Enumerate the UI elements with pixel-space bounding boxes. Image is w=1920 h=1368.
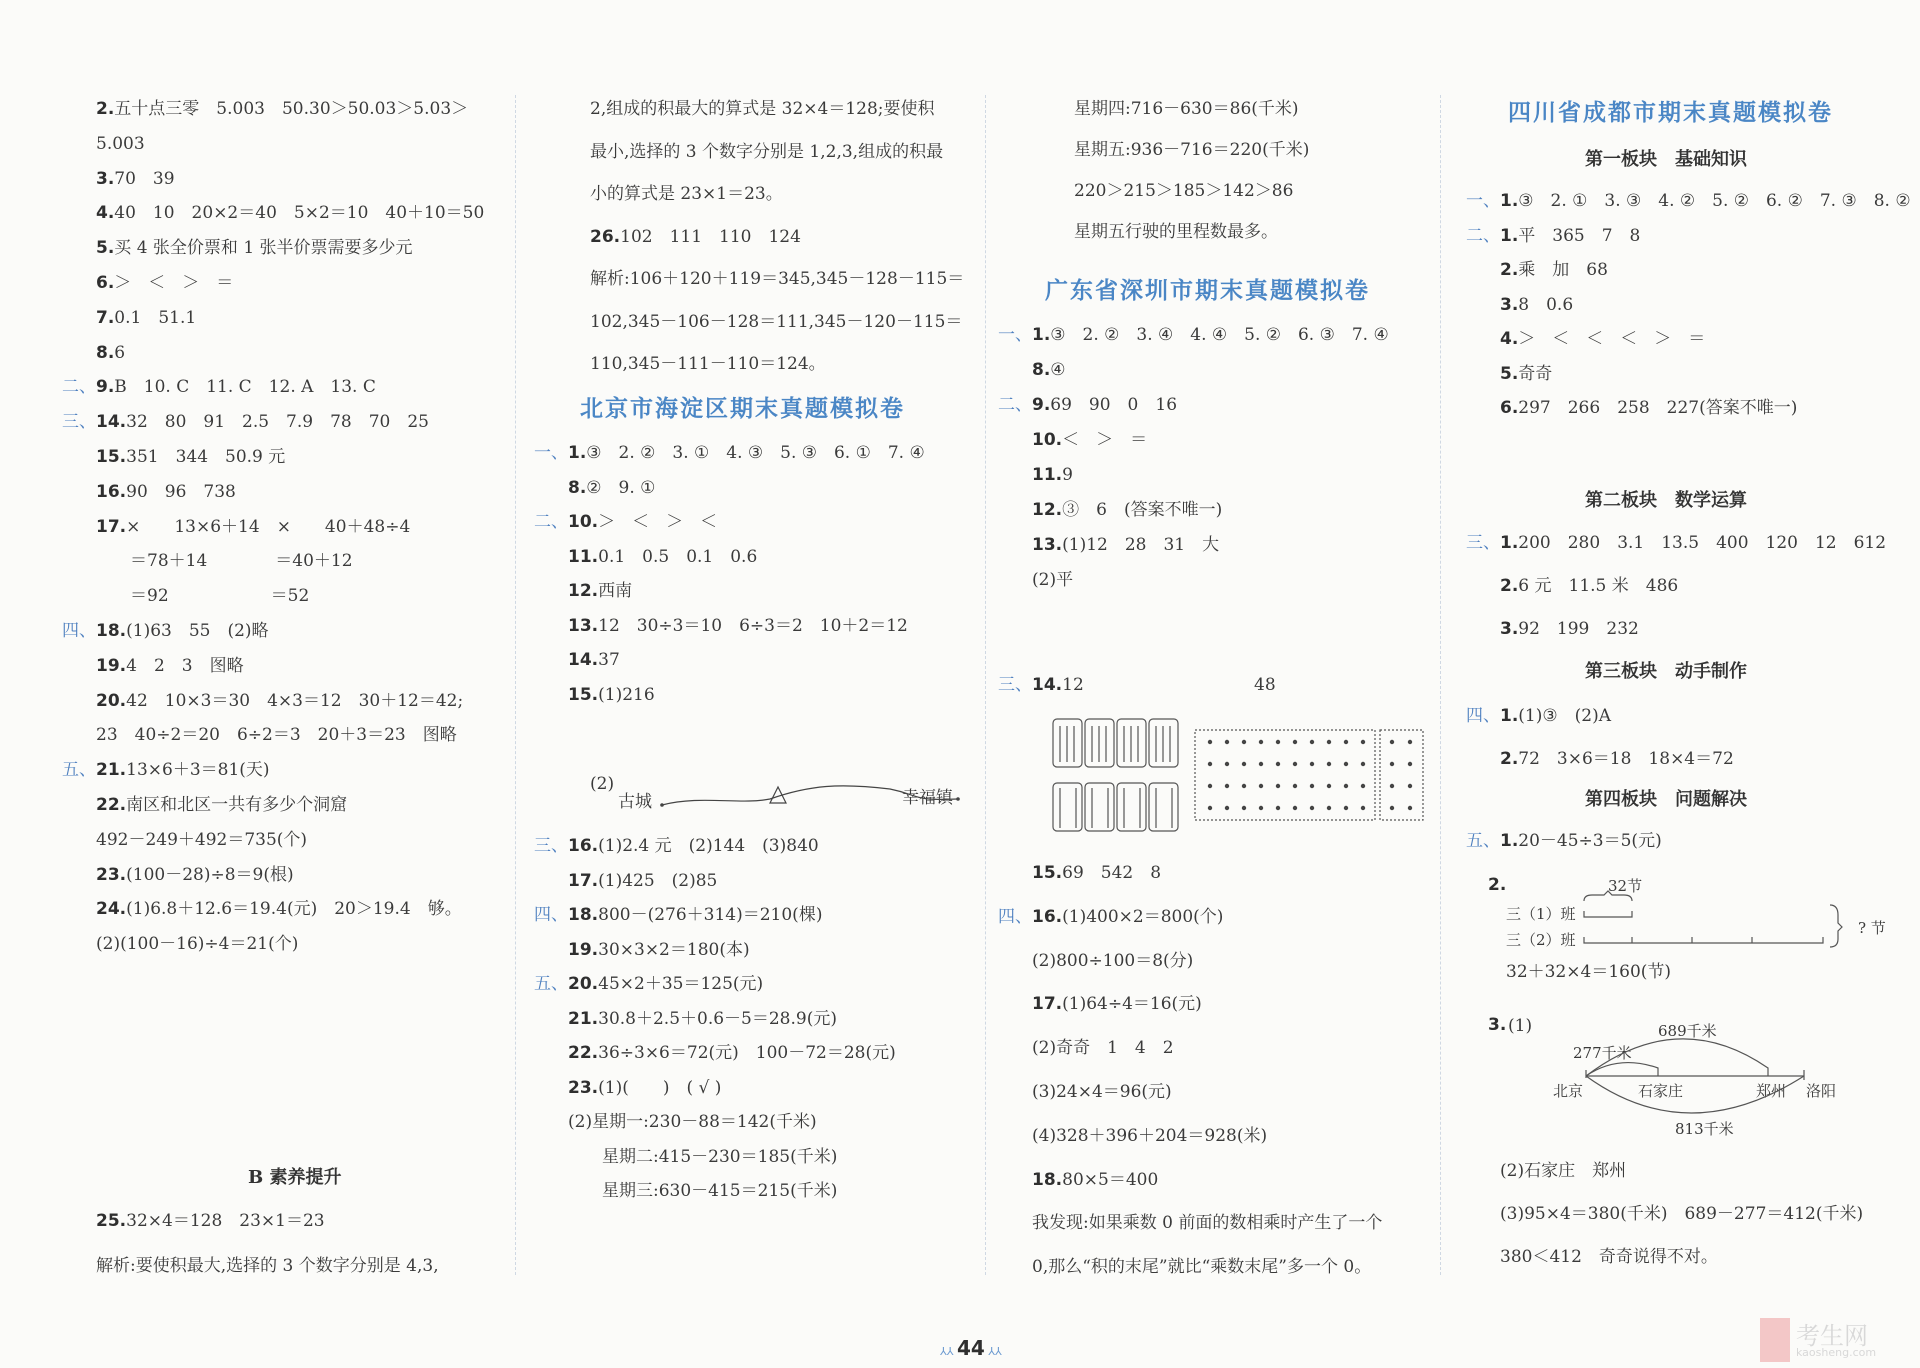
watermark-logo: 考生网 kaosheng.com xyxy=(1760,1316,1910,1364)
answer-text: ＞ ＜ ＞ ＜ xyxy=(598,512,717,532)
answer-line: 11.0.1 0.5 0.1 0.6 xyxy=(568,546,757,568)
answer-line: 8.④ xyxy=(1032,359,1066,381)
answer-text: (1)63 55 (2)略 xyxy=(126,621,268,641)
answer-text: 72 3×6＝18 18×4＝72 xyxy=(1518,749,1733,769)
answer-text: 297 266 258 227(答案不唯一) xyxy=(1518,398,1797,418)
answer-line: 三、14.32 80 91 2.5 7.9 78 70 25 xyxy=(96,411,429,433)
question-number: 10. xyxy=(1032,430,1062,450)
answer-text: (1)425 (2)85 xyxy=(598,871,717,891)
answer-line: 10.＜ ＞ ＝ xyxy=(1032,429,1147,451)
question-number: 1. xyxy=(568,443,586,463)
answer-text: 380＜412 奇奇说得不对。 xyxy=(1500,1247,1718,1267)
question-number: 3. xyxy=(1500,619,1518,639)
question-number: 4. xyxy=(1500,329,1518,349)
answer-line: 492－249＋492＝735(个) xyxy=(96,829,307,851)
answer-text: (2)800÷100＝8(分) xyxy=(1032,951,1193,971)
answer-line: 102,345－106－128＝111,345－120－115＝ xyxy=(590,311,962,333)
answer-text: 32×4＝128 23×1＝23 xyxy=(126,1211,324,1231)
answer-text: (1)400×2＝800(个) xyxy=(1062,907,1223,927)
answer-line: 22.36÷3×6＝72(元) 100－72＝28(元) xyxy=(568,1042,896,1064)
question-number: 8. xyxy=(568,478,586,498)
answer-line: 21.30.8＋2.5＋0.6－5＝28.9(元) xyxy=(568,1008,837,1030)
answer-line: 24.(1)6.8＋12.6＝19.4(元) 20＞19.4 够。 xyxy=(96,898,462,920)
question-number: 15. xyxy=(568,685,598,705)
question-number: 21. xyxy=(568,1009,598,1029)
question-number: 20. xyxy=(568,974,598,994)
section-marker: 三、 xyxy=(998,674,1032,696)
answer-text: (1)( ) ( √ ) xyxy=(598,1078,721,1098)
answer-line: (2)(100－16)÷4＝21(个) xyxy=(96,933,298,955)
question-number: 16. xyxy=(1032,907,1062,927)
section-title-beijing: 北京市海淀区期末真题模拟卷 xyxy=(580,390,905,423)
question-number: 23. xyxy=(568,1078,598,1098)
answer-line: 6.＞ ＜ ＞ ＝ xyxy=(96,272,233,294)
block-heading-2: 第二板块 数学运算 xyxy=(1585,486,1747,512)
answer-text: 解析:要使积最大,选择的 3 个数字分别是 4,3, xyxy=(96,1256,439,1276)
page-number: ⅄⅄ 44 ⅄⅄ xyxy=(940,1336,1002,1360)
answer-text: ③ 2. ② 3. ① 4. ③ 5. ③ 6. ① 7. ④ xyxy=(586,443,924,463)
answer-line: 17.(1)64÷4＝16(元) xyxy=(1032,993,1202,1015)
question-number: 19. xyxy=(568,940,598,960)
section-marker: 一、 xyxy=(998,324,1032,346)
section-marker: 四、 xyxy=(62,620,96,642)
question-number: 21. xyxy=(96,760,126,780)
question-number: 8. xyxy=(96,343,114,363)
answer-text: ② 9. ① xyxy=(586,478,655,498)
question-number: 1. xyxy=(1500,706,1518,726)
answer-line: 14.37 xyxy=(568,649,620,671)
answer-line: 3.70 39 xyxy=(96,168,175,190)
answer-text: 2,组成的积最大的算式是 32×4＝128;要使积 xyxy=(590,99,935,119)
answer-line: 一、1.③ 2. ② 3. ④ 4. ④ 5. ② 6. ③ 7. ④ xyxy=(1032,324,1389,346)
answer-line: 三、16.(1)2.4 元 (2)144 (3)840 xyxy=(568,835,819,857)
answer-line: 3.8 0.6 xyxy=(1500,294,1573,316)
section-marker: 二、 xyxy=(998,394,1032,416)
answer-line: 26.102 111 110 124 xyxy=(590,226,801,248)
answer-text: 102 111 110 124 xyxy=(620,227,801,247)
answer-text: (2)平 xyxy=(1032,570,1073,590)
block-heading-4: 第四板块 问题解决 xyxy=(1585,785,1747,811)
q2-answer: 32＋32×4＝160(节) xyxy=(1506,961,1671,983)
answer-line: 19.4 2 3 图略 xyxy=(96,655,244,677)
answer-text: 90 96 738 xyxy=(126,482,236,502)
answer-text: B 10. C 11. C 12. A 13. C xyxy=(114,377,376,397)
answer-line: 二、9.69 90 0 16 xyxy=(1032,394,1177,416)
question-number: 11. xyxy=(1032,465,1062,485)
answer-text: 351 344 50.9 元 xyxy=(126,447,285,467)
answer-text: 最小,选择的 3 个数字分别是 1,2,3,组成的积最 xyxy=(590,142,943,162)
answer-line: 220＞215＞185＞142＞86 xyxy=(1040,180,1293,202)
answer-text: (3)95×4＝380(千米) 689－277＝412(千米) xyxy=(1500,1204,1863,1224)
section-marker: 三、 xyxy=(1466,532,1500,554)
answer-line: 12.③ 6 (答案不唯一) xyxy=(1032,499,1222,521)
answer-text: ③ 2. ② 3. ④ 4. ④ 5. ② 6. ③ 7. ④ xyxy=(1050,325,1388,345)
section-marker: 四、 xyxy=(534,904,568,926)
question-number: 6. xyxy=(1500,398,1518,418)
answer-text: 37 xyxy=(598,650,620,670)
answer-line: 我发现:如果乘数 0 前面的数相乘时产生了一个 xyxy=(1032,1212,1382,1234)
bar-diagram: 2. 32节 三（1）班 三（2）班 ? 节 32＋32×4＝160(节) xyxy=(1488,875,1908,965)
answer-line: 18.80×5＝400 xyxy=(1032,1169,1158,1191)
answer-text: 0.1 51.1 xyxy=(114,308,196,328)
answer-text: 40 10 20×2＝40 5×2＝10 40＋10＝50 xyxy=(114,203,484,223)
answer-text: 492－249＋492＝735(个) xyxy=(96,830,307,850)
answer-text: 星期五行驶的里程数最多。 xyxy=(1040,222,1278,242)
question-number: 6. xyxy=(96,273,114,293)
answer-line: 15.69 542 8 xyxy=(1032,862,1161,884)
answer-line: 16.90 96 738 xyxy=(96,481,236,503)
answer-line: 23.(100－28)÷8＝9(根) xyxy=(96,864,294,886)
answer-text: (1)③ (2)A xyxy=(1518,706,1611,726)
block-heading-1: 第一板块 基础知识 xyxy=(1585,145,1747,171)
question-number: 14. xyxy=(568,650,598,670)
answer-text: ＜ ＞ ＝ xyxy=(1062,430,1147,450)
answer-line: (4)328＋396＋204＝928(米) xyxy=(1032,1125,1267,1147)
answer-text: 星期四:716－630＝86(千米) xyxy=(1040,99,1299,119)
answer-text: 星期五:936－716＝220(千米) xyxy=(1040,140,1309,160)
answer-text: 70 39 xyxy=(114,169,174,189)
answer-line: (2)星期一:230－88＝142(千米) xyxy=(568,1111,817,1133)
question-number: 1. xyxy=(1032,325,1050,345)
answer-text: 45×2＋35＝125(元) xyxy=(598,974,763,994)
answer-line: 5.买 4 张全价票和 1 张半价票需要多少元 xyxy=(96,237,413,259)
answer-line: 2.6 元 11.5 米 486 xyxy=(1500,575,1678,597)
answer-text: 我发现:如果乘数 0 前面的数相乘时产生了一个 xyxy=(1032,1213,1382,1233)
answer-text: ④ xyxy=(1050,360,1065,380)
section-marker: 五、 xyxy=(1466,830,1500,852)
answer-line: 二、10.＞ ＜ ＞ ＜ xyxy=(568,511,717,533)
section-marker: 五、 xyxy=(534,973,568,995)
answer-line: 12.西南 xyxy=(568,580,632,602)
answer-line: 小的算式是 23×1＝23。 xyxy=(590,183,783,205)
ornament-icon: ⅄⅄ xyxy=(940,1345,957,1358)
answer-line: 15.(1)216 xyxy=(568,684,655,706)
question-number: 18. xyxy=(568,905,598,925)
question-number: 2. xyxy=(1500,260,1518,280)
answer-text: ＞ ＜ ＞ ＝ xyxy=(114,273,233,293)
answer-text: ＝92 ＝52 xyxy=(96,586,309,606)
question-number: 7. xyxy=(96,308,114,328)
answer-text: ＝78＋14 ＝40＋12 xyxy=(96,551,353,571)
answer-line: 星期五:936－716＝220(千米) xyxy=(1040,139,1309,161)
section-marker: 五、 xyxy=(62,759,96,781)
question-number: 3. xyxy=(96,169,114,189)
answer-line: 3.92 199 232 xyxy=(1500,618,1639,640)
question-number: 25. xyxy=(96,1211,126,1231)
answer-line: 一、1.③ 2. ① 3. ③ 4. ② 5. ② 6. ② 7. ③ 8. ② xyxy=(1500,190,1911,212)
question-number: 11. xyxy=(568,547,598,567)
answer-line: 五、20.45×2＋35＝125(元) xyxy=(568,973,763,995)
question-number: 15. xyxy=(96,447,126,467)
question-number: 2. xyxy=(1500,576,1518,596)
question-number: 19. xyxy=(96,656,126,676)
answer-line: 0,那么“积的末尾”就比“乘数末尾”多一个 0。 xyxy=(1032,1256,1371,1278)
answer-text: (100－28)÷8＝9(根) xyxy=(126,865,294,885)
question-number: 4. xyxy=(96,203,114,223)
question-number: 9. xyxy=(1032,395,1050,415)
answer-text: 36÷3×6＝72(元) 100－72＝28(元) xyxy=(598,1043,896,1063)
answer-line: 星期四:716－630＝86(千米) xyxy=(1040,98,1299,120)
answer-line: 19.30×3×2＝180(本) xyxy=(568,939,750,961)
answer-line: 4.40 10 20×2＝40 5×2＝10 40＋10＝50 xyxy=(96,202,484,224)
question-number: 24. xyxy=(96,899,126,919)
question-number: 15. xyxy=(1032,863,1062,883)
section-title-shenzhen: 广东省深圳市期末真题模拟卷 xyxy=(1045,272,1370,305)
answer-text: 80×5＝400 xyxy=(1062,1170,1158,1190)
answer-line: 二、1.平 365 7 8 xyxy=(1500,225,1640,247)
answer-text: × 13×6＋14 × 40＋48÷4 xyxy=(126,517,410,537)
answer-line: 8.② 9. ① xyxy=(568,477,655,499)
question-number: 17. xyxy=(96,517,126,537)
answer-text-right: 48 xyxy=(1254,674,1276,696)
question-number: 10. xyxy=(568,512,598,532)
question-number: 16. xyxy=(96,482,126,502)
question-number: 13. xyxy=(568,616,598,636)
question-number: 26. xyxy=(590,227,620,247)
answer-line: 2,组成的积最大的算式是 32×4＝128;要使积 xyxy=(590,98,935,120)
answer-text: 8 0.6 xyxy=(1518,295,1573,315)
answer-text: ③ 6 (答案不唯一) xyxy=(1062,500,1222,520)
answer-text: 102,345－106－128＝111,345－120－115＝ xyxy=(590,312,962,332)
question-number: 17. xyxy=(568,871,598,891)
answer-text: 30.8＋2.5＋0.6－5＝28.9(元) xyxy=(598,1009,837,1029)
question-number: 18. xyxy=(1032,1170,1062,1190)
answer-text: 5.003 xyxy=(96,134,145,154)
answer-line: 15.351 344 50.9 元 xyxy=(96,446,285,468)
column-divider xyxy=(515,95,516,1275)
answer-line: 五、1.20－45÷3＝5(元) xyxy=(1500,830,1662,852)
answer-line: (3)24×4＝96(元) xyxy=(1032,1081,1172,1103)
answer-text: 西南 xyxy=(598,581,632,601)
answer-text: 小的算式是 23×1＝23。 xyxy=(590,184,783,204)
answer-text: 奇奇 xyxy=(1518,364,1552,384)
answer-text: 69 542 8 xyxy=(1062,863,1161,883)
answer-line: 2.五十点三零 5.003 50.30＞50.03＞5.03＞ xyxy=(96,98,468,120)
question-number: 20. xyxy=(96,691,126,711)
answer-text: 110,345－111－110＝124。 xyxy=(590,354,826,374)
answer-line: (2)平 xyxy=(1032,569,1073,591)
answer-text: ③ 2. ① 3. ③ 4. ② 5. ② 6. ② 7. ③ 8. ② xyxy=(1518,191,1910,211)
question-number: 1. xyxy=(1500,191,1518,211)
answer-text: 6 xyxy=(114,343,125,363)
answer-text: 69 90 0 16 xyxy=(1050,395,1177,415)
answer-text: (1)6.8＋12.6＝19.4(元) 20＞19.4 够。 xyxy=(126,899,462,919)
answer-text: 南区和北区一共有多少个洞窟 xyxy=(126,795,347,815)
answer-line: 13.(1)12 28 31 大 xyxy=(1032,534,1219,556)
question-number: 2. xyxy=(1500,749,1518,769)
answer-line: 三、14.1248 xyxy=(1032,674,1084,696)
answer-text: 800－(276＋314)＝210(棵) xyxy=(598,905,822,925)
question-number: 14. xyxy=(96,412,126,432)
answer-line: 17.× 13×6＋14 × 40＋48÷4 xyxy=(96,516,410,538)
answer-line: 6.297 266 258 227(答案不唯一) xyxy=(1500,397,1797,419)
answer-line: 星期二:415－230＝185(千米) xyxy=(568,1146,837,1168)
answer-line: 四、16.(1)400×2＝800(个) xyxy=(1032,906,1223,928)
answer-line: 13.12 30÷3＝10 6÷3＝2 10＋2＝12 xyxy=(568,615,908,637)
answer-text: 解析:106＋120＋119＝345,345－128－115＝ xyxy=(590,269,964,289)
answer-line: 380＜412 奇奇说得不对。 xyxy=(1500,1246,1718,1268)
answer-line: ＝78＋14 ＝40＋12 xyxy=(96,550,353,572)
answer-line: 四、1.(1)③ (2)A xyxy=(1500,705,1611,727)
answer-text: 13×6＋3＝81(天) xyxy=(126,760,269,780)
question-number: 8. xyxy=(1032,360,1050,380)
answer-text: 星期三:630－415＝215(千米) xyxy=(568,1181,837,1201)
answer-line: 四、18.800－(276＋314)＝210(棵) xyxy=(568,904,822,926)
answer-text: 32 80 91 2.5 7.9 78 70 25 xyxy=(126,412,429,432)
answer-text: 23 40÷2＝20 6÷2＝3 20＋3＝23 图略 xyxy=(96,725,457,745)
question-number: 3. xyxy=(1500,295,1518,315)
answer-text: 92 199 232 xyxy=(1518,619,1639,639)
section-marker: 二、 xyxy=(1466,225,1500,247)
answer-line: (3)95×4＝380(千米) 689－277＝412(千米) xyxy=(1500,1203,1863,1225)
answer-line: (2)800÷100＝8(分) xyxy=(1032,950,1193,972)
section-marker: 二、 xyxy=(62,376,96,398)
answer-line: 五、21.13×6＋3＝81(天) xyxy=(96,759,270,781)
question-number: 1. xyxy=(1500,831,1518,851)
answer-text: 星期二:415－230＝185(千米) xyxy=(568,1147,837,1167)
logo-icon xyxy=(1760,1318,1790,1362)
answer-text: 乘 加 68 xyxy=(1518,260,1608,280)
column-divider xyxy=(1440,95,1441,1275)
answer-line: 解析:要使积最大,选择的 3 个数字分别是 4,3, xyxy=(96,1255,439,1277)
answer-line: 11.9 xyxy=(1032,464,1073,486)
question-number: 1. xyxy=(1500,533,1518,553)
answer-line: 5.003 xyxy=(96,133,145,155)
section-marker: 四、 xyxy=(1466,705,1500,727)
answer-text: (2)(100－16)÷4＝21(个) xyxy=(96,934,298,954)
section-marker: 四、 xyxy=(998,906,1032,928)
question-number: 22. xyxy=(568,1043,598,1063)
answer-text: 200 280 3.1 13.5 400 120 12 612 xyxy=(1518,533,1886,553)
question-number: 12. xyxy=(1032,500,1062,520)
answer-line: 最小,选择的 3 个数字分别是 1,2,3,组成的积最 xyxy=(590,141,943,163)
answer-line: (2)奇奇 1 4 2 xyxy=(1032,1037,1174,1059)
question-number: 22. xyxy=(96,795,126,815)
answer-text: 20－45÷3＝5(元) xyxy=(1518,831,1661,851)
question-number: 14. xyxy=(1032,675,1062,695)
question-number: 12. xyxy=(568,581,598,601)
question-number: 5. xyxy=(1500,364,1518,384)
bar-lines-icon xyxy=(1488,875,1908,965)
answer-line: 星期三:630－415＝215(千米) xyxy=(568,1180,837,1202)
ornament-icon: ⅄⅄ xyxy=(985,1345,1002,1358)
distance-lines-icon xyxy=(1488,1010,1918,1140)
section-title-chengdu: 四川省成都市期末真题模拟卷 xyxy=(1508,94,1833,127)
subheading-b: B 素养提升 xyxy=(248,1163,341,1189)
answer-text: (1)216 xyxy=(598,685,655,705)
block-heading-3: 第三板块 动手制作 xyxy=(1585,657,1747,683)
question-number: 1. xyxy=(1500,226,1518,246)
answer-line: 5.奇奇 xyxy=(1500,363,1552,385)
answer-text: ＞ ＜ ＜ ＜ ＞ ＝ xyxy=(1518,329,1705,349)
answer-text: 五十点三零 5.003 50.30＞50.03＞5.03＞ xyxy=(114,99,468,119)
answer-text: 0.1 0.5 0.1 0.6 xyxy=(598,547,757,567)
question-number: 5. xyxy=(96,238,114,258)
answer-text: 12 30÷3＝10 6÷3＝2 10＋2＝12 xyxy=(598,616,908,636)
route-path-icon xyxy=(590,775,970,825)
answer-line: 三、1.200 280 3.1 13.5 400 120 12 612 xyxy=(1500,532,1886,554)
answer-text: (2)奇奇 1 4 2 xyxy=(1032,1038,1174,1058)
answer-text: (2)石家庄 郑州 xyxy=(1500,1161,1626,1181)
answer-text: 平 365 7 8 xyxy=(1518,226,1640,246)
section-marker: 二、 xyxy=(534,511,568,533)
route-figure: (2) 古城 幸福镇 xyxy=(590,775,970,825)
answer-text: 220＞215＞185＞142＞86 xyxy=(1040,181,1293,201)
answer-line: 2.乘 加 68 xyxy=(1500,259,1608,281)
answer-text: (4)328＋396＋204＝928(米) xyxy=(1032,1126,1267,1146)
section-marker: 一、 xyxy=(534,442,568,464)
answer-text: 30×3×2＝180(本) xyxy=(598,940,749,960)
sticks-and-dots-icon xyxy=(1040,700,1440,840)
answer-line: 20.42 10×3＝30 4×3＝12 30＋12＝42; xyxy=(96,690,463,712)
answer-line: 解析:106＋120＋119＝345,345－128－115＝ xyxy=(590,268,964,290)
answer-line: 2.72 3×6＝18 18×4＝72 xyxy=(1500,748,1734,770)
question-number: 23. xyxy=(96,865,126,885)
answer-text: (2)星期一:230－88＝142(千米) xyxy=(568,1112,817,1132)
distance-diagram: 3. (1) 689千米 277千米 813千米 北京 石家庄 郑州 洛阳 xyxy=(1488,1010,1918,1140)
question-number: 18. xyxy=(96,621,126,641)
section-marker: 三、 xyxy=(62,411,96,433)
answer-text: (1)12 28 31 大 xyxy=(1062,535,1219,555)
answer-text: 0,那么“积的末尾”就比“乘数末尾”多一个 0。 xyxy=(1032,1257,1371,1277)
answer-line: 17.(1)425 (2)85 xyxy=(568,870,717,892)
answer-line: ＝92 ＝52 xyxy=(96,585,309,607)
question-number: 17. xyxy=(1032,994,1062,1014)
answer-line: 23 40÷2＝20 6÷2＝3 20＋3＝23 图略 xyxy=(96,724,457,746)
answer-text: 买 4 张全价票和 1 张半价票需要多少元 xyxy=(114,238,412,258)
answer-line: 二、9.B 10. C 11. C 12. A 13. C xyxy=(96,376,376,398)
answer-text: (1)64÷4＝16(元) xyxy=(1062,994,1202,1014)
question-number: 13. xyxy=(1032,535,1062,555)
answer-line: 110,345－111－110＝124。 xyxy=(590,353,826,375)
answer-line: 一、1.③ 2. ② 3. ① 4. ③ 5. ③ 6. ① 7. ④ xyxy=(568,442,925,464)
answer-line: 8.6 xyxy=(96,342,125,364)
answer-line: 7.0.1 51.1 xyxy=(96,307,196,329)
answer-line: (2)石家庄 郑州 xyxy=(1500,1160,1626,1182)
section-marker: 一、 xyxy=(1466,190,1500,212)
question-number: 9. xyxy=(96,377,114,397)
answer-line: 25.32×4＝128 23×1＝23 xyxy=(96,1210,325,1232)
answer-text: 12 xyxy=(1062,675,1084,695)
q14-figure: 12 xyxy=(1040,700,1440,840)
answer-text: 9 xyxy=(1062,465,1073,485)
answer-line: 22.南区和北区一共有多少个洞窟 xyxy=(96,794,347,816)
answer-line: 星期五行驶的里程数最多。 xyxy=(1040,221,1278,243)
answer-text: (3)24×4＝96(元) xyxy=(1032,1082,1172,1102)
answer-line: 4.＞ ＜ ＜ ＜ ＞ ＝ xyxy=(1500,328,1705,350)
question-number: 2. xyxy=(96,99,114,119)
question-number: 16. xyxy=(568,836,598,856)
answer-line: 23.(1)( ) ( √ ) xyxy=(568,1077,721,1099)
answer-text: (1)2.4 元 (2)144 (3)840 xyxy=(598,836,819,856)
answer-line: 四、18.(1)63 55 (2)略 xyxy=(96,620,269,642)
column-divider xyxy=(985,95,986,1275)
answer-text: 42 10×3＝30 4×3＝12 30＋12＝42; xyxy=(126,691,463,711)
answer-text: 6 元 11.5 米 486 xyxy=(1518,576,1678,596)
section-marker: 三、 xyxy=(534,835,568,857)
answer-text: 4 2 3 图略 xyxy=(126,656,243,676)
